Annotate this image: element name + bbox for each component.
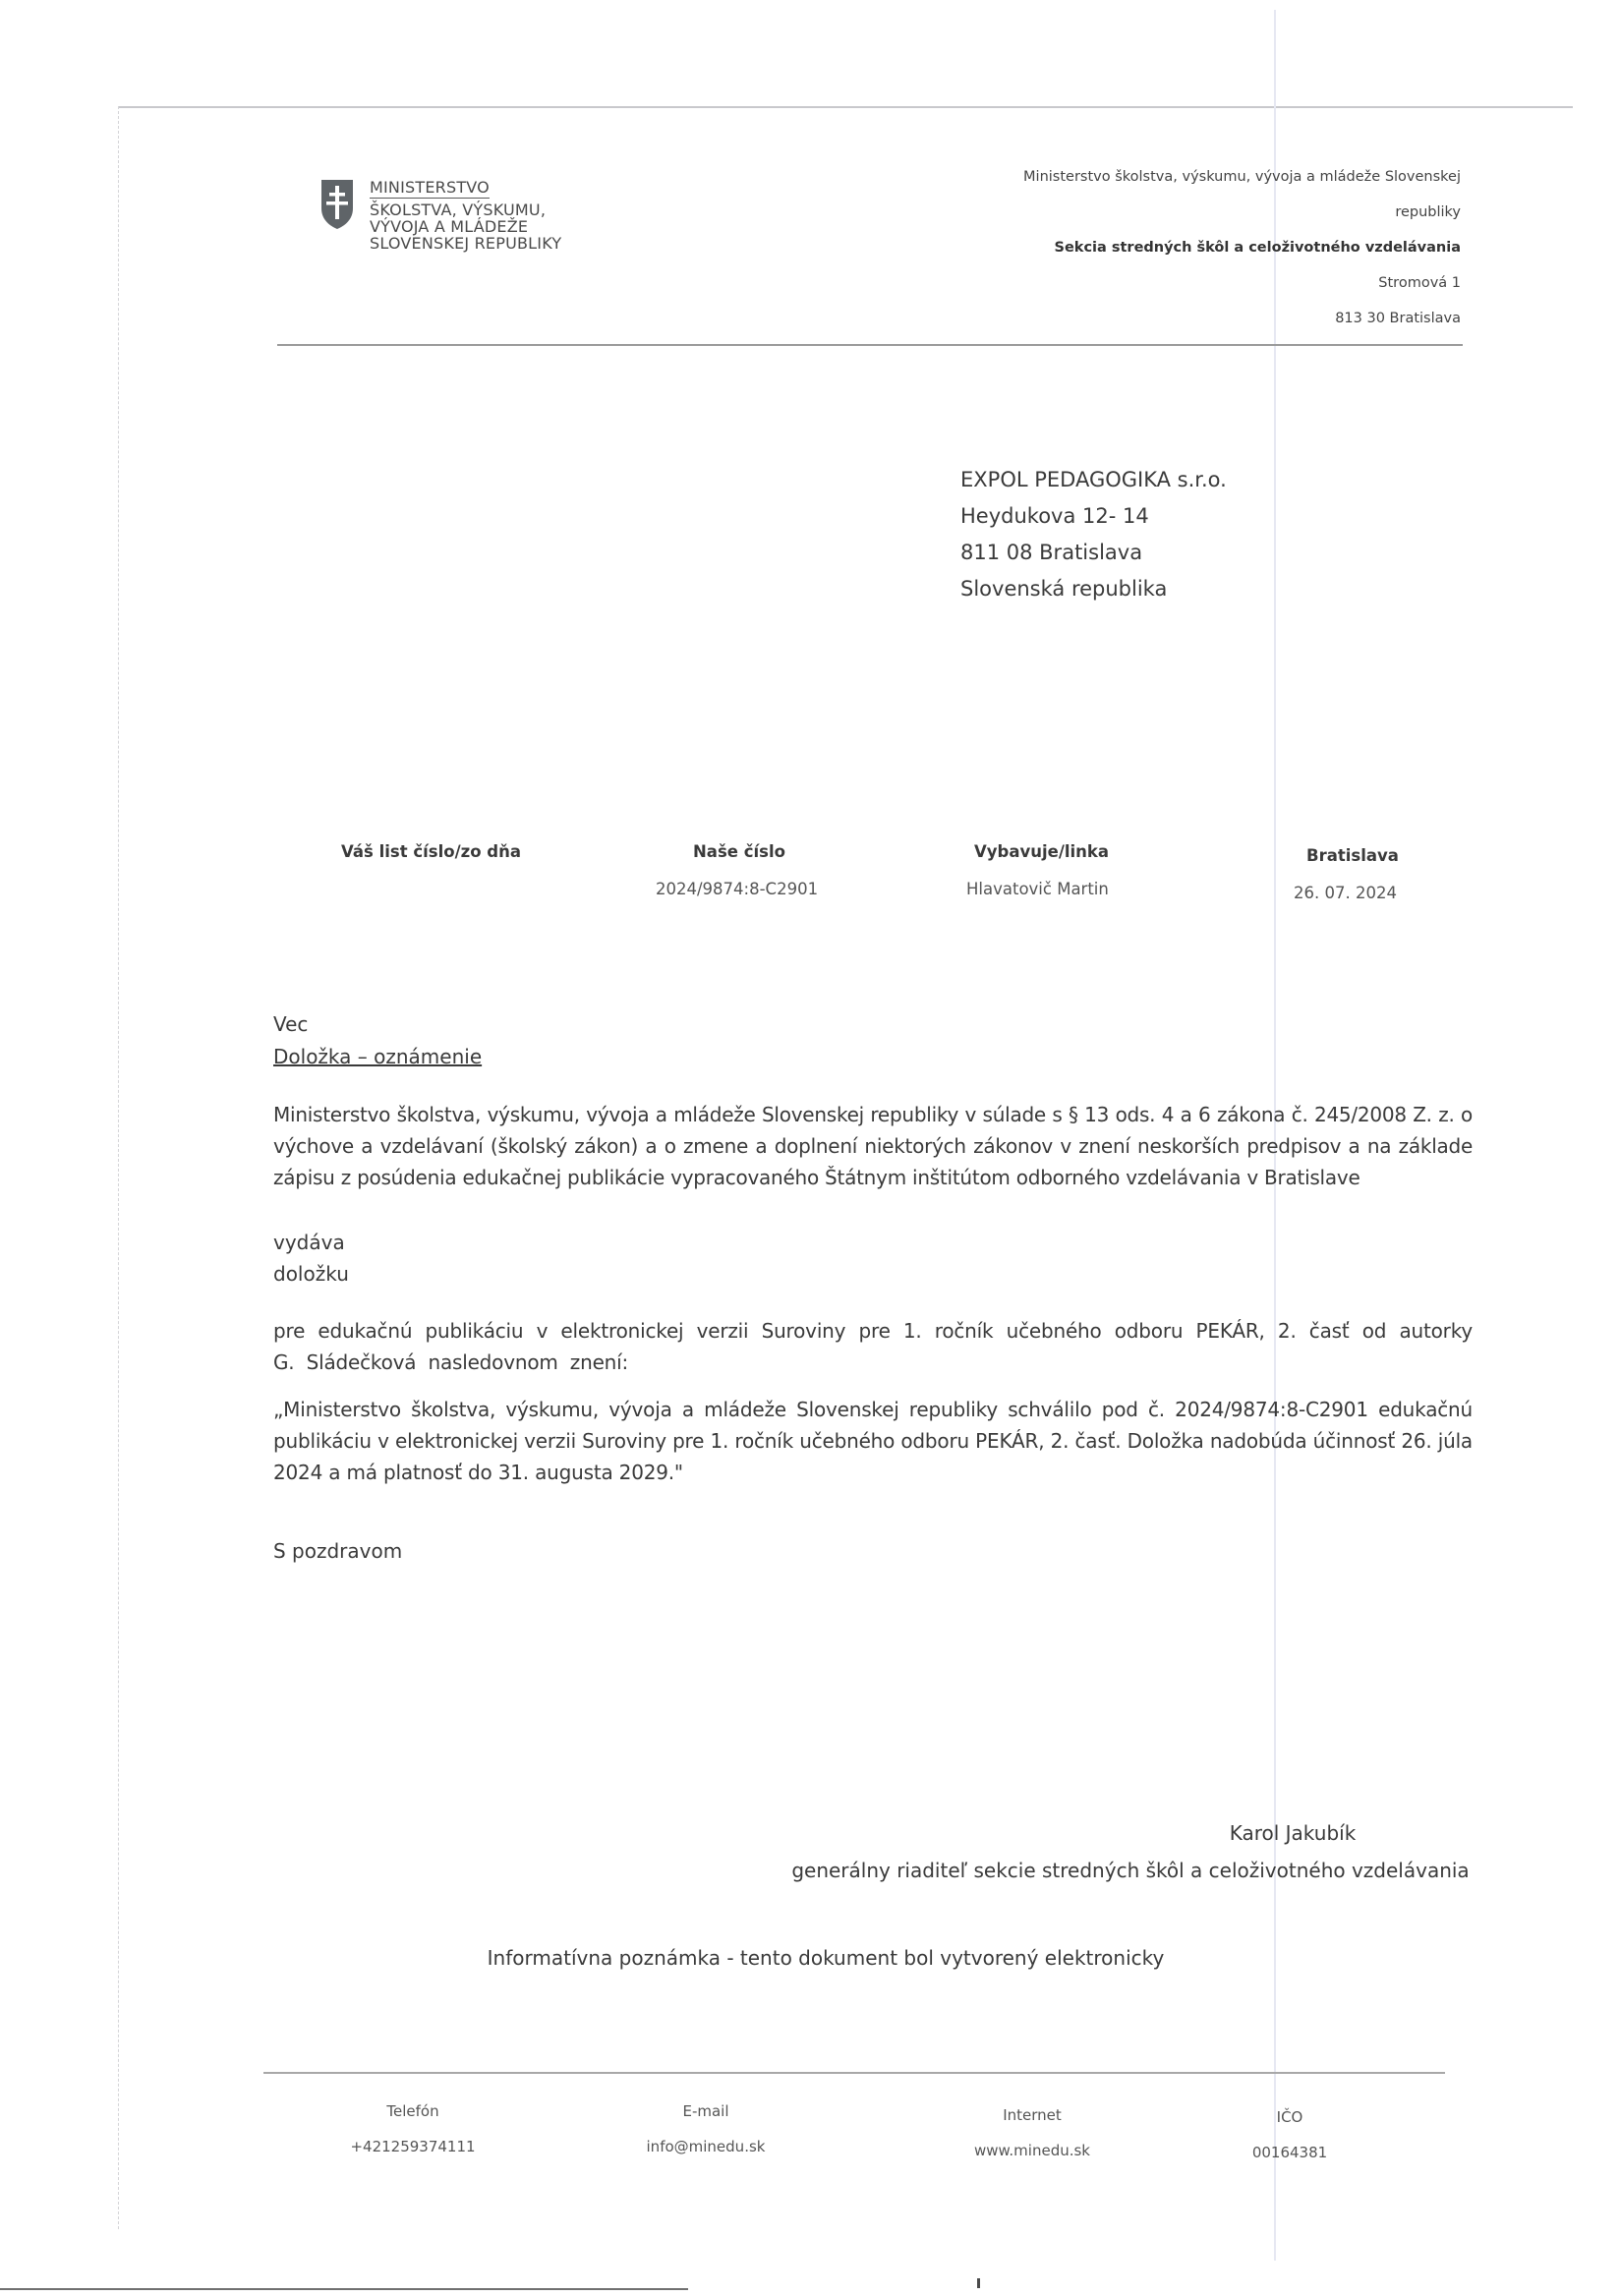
footer-phone: Telefón +421259374111 (285, 2094, 541, 2164)
sender-name-line1: Ministerstvo školstva, výskumu, vývoja a… (1023, 159, 1461, 195)
subject-title: Doložka – oznámenie (273, 1041, 482, 1073)
signature-block: Karol Jakubík generálny riaditeľ sekcie … (786, 1814, 1475, 1889)
subject-label: Vec (273, 1008, 482, 1041)
sender-name-line2: republiky (1023, 195, 1461, 230)
recipient-name: EXPOL PEDAGOGIKA s.r.o. (960, 462, 1227, 498)
scan-border-left (118, 106, 119, 2229)
web-link[interactable]: www.minedu.sk (904, 2133, 1160, 2168)
body-paragraph-3-quote: „Ministerstvo školstva, výskumu, vývoja … (273, 1394, 1473, 1488)
logo-line: MINISTERSTVO (370, 179, 490, 199)
recipient-country: Slovenská republika (960, 571, 1227, 607)
web-label: Internet (904, 2097, 1160, 2133)
footer-divider (263, 2072, 1445, 2074)
sender-street: Stromová 1 (1023, 265, 1461, 301)
footer-ico: IČO 00164381 (1211, 2099, 1368, 2170)
recipient-city: 811 08 Bratislava (960, 535, 1227, 571)
slovak-coat-of-arms-icon (320, 179, 354, 230)
scan-border-top (118, 106, 1573, 108)
email-link[interactable]: info@minedu.sk (578, 2129, 834, 2164)
ministry-logo-text: MINISTERSTVO ŠKOLSTVA, VÝSKUMU, VÝVOJA A… (370, 179, 561, 252)
logo-line: SLOVENSKEJ REPUBLIKY (370, 235, 561, 252)
our-number-label: Naše číslo (693, 842, 785, 861)
footer-email: E-mail info@minedu.sk (578, 2094, 834, 2164)
logo-line: ŠKOLSTVA, VÝSKUMU, (370, 201, 561, 218)
issues-block: vydáva doložku (273, 1227, 1473, 1290)
recipient-street: Heydukova 12- 14 (960, 498, 1227, 535)
our-number-value: 2024/9874:8-C2901 (656, 880, 818, 898)
date-value: 26. 07. 2024 (1294, 884, 1397, 902)
logo-line: VÝVOJA A MLÁDEŽE (370, 218, 561, 235)
your-letter-label: Váš list číslo/zo dňa (341, 842, 521, 861)
clause-word: doložku (273, 1258, 1473, 1290)
electronic-document-note: Informatívna poznámka - tento dokument b… (472, 1946, 1180, 1970)
footer-web: Internet www.minedu.sk (904, 2097, 1160, 2168)
scan-bottom-edge (0, 2288, 688, 2290)
email-label: E-mail (578, 2094, 834, 2129)
body-paragraph-1: Ministerstvo školstva, výskumu, vývoja a… (273, 1099, 1473, 1193)
subject: Vec Doložka – oznámenie (273, 1008, 482, 1073)
place-label: Bratislava (1306, 846, 1399, 865)
signatory-name: Karol Jakubík (786, 1814, 1475, 1852)
signatory-title: generálny riaditeľ sekcie stredných škôl… (786, 1852, 1475, 1889)
handled-by-label: Vybavuje/linka (974, 842, 1109, 861)
handled-by-value: Hlavatovič Martin (966, 880, 1109, 898)
ico-value: 00164381 (1211, 2135, 1368, 2170)
recipient-address: EXPOL PEDAGOGIKA s.r.o. Heydukova 12- 14… (960, 462, 1227, 607)
phone-label: Telefón (285, 2094, 541, 2129)
greeting: S pozdravom (273, 1539, 402, 1563)
sender-city: 813 30 Bratislava (1023, 301, 1461, 336)
header-divider (277, 344, 1463, 346)
scan-speck (977, 2278, 980, 2288)
ico-label: IČO (1211, 2099, 1368, 2135)
phone-value: +421259374111 (285, 2129, 541, 2164)
body-paragraph-2: pre edukačnú publikáciu v elektronickej … (273, 1315, 1473, 1378)
sender-section: Sekcia stredných škôl a celoživotného vz… (1023, 230, 1461, 265)
issues-word: vydáva (273, 1227, 1473, 1258)
sender-address: Ministerstvo školstva, výskumu, vývoja a… (1023, 159, 1461, 336)
